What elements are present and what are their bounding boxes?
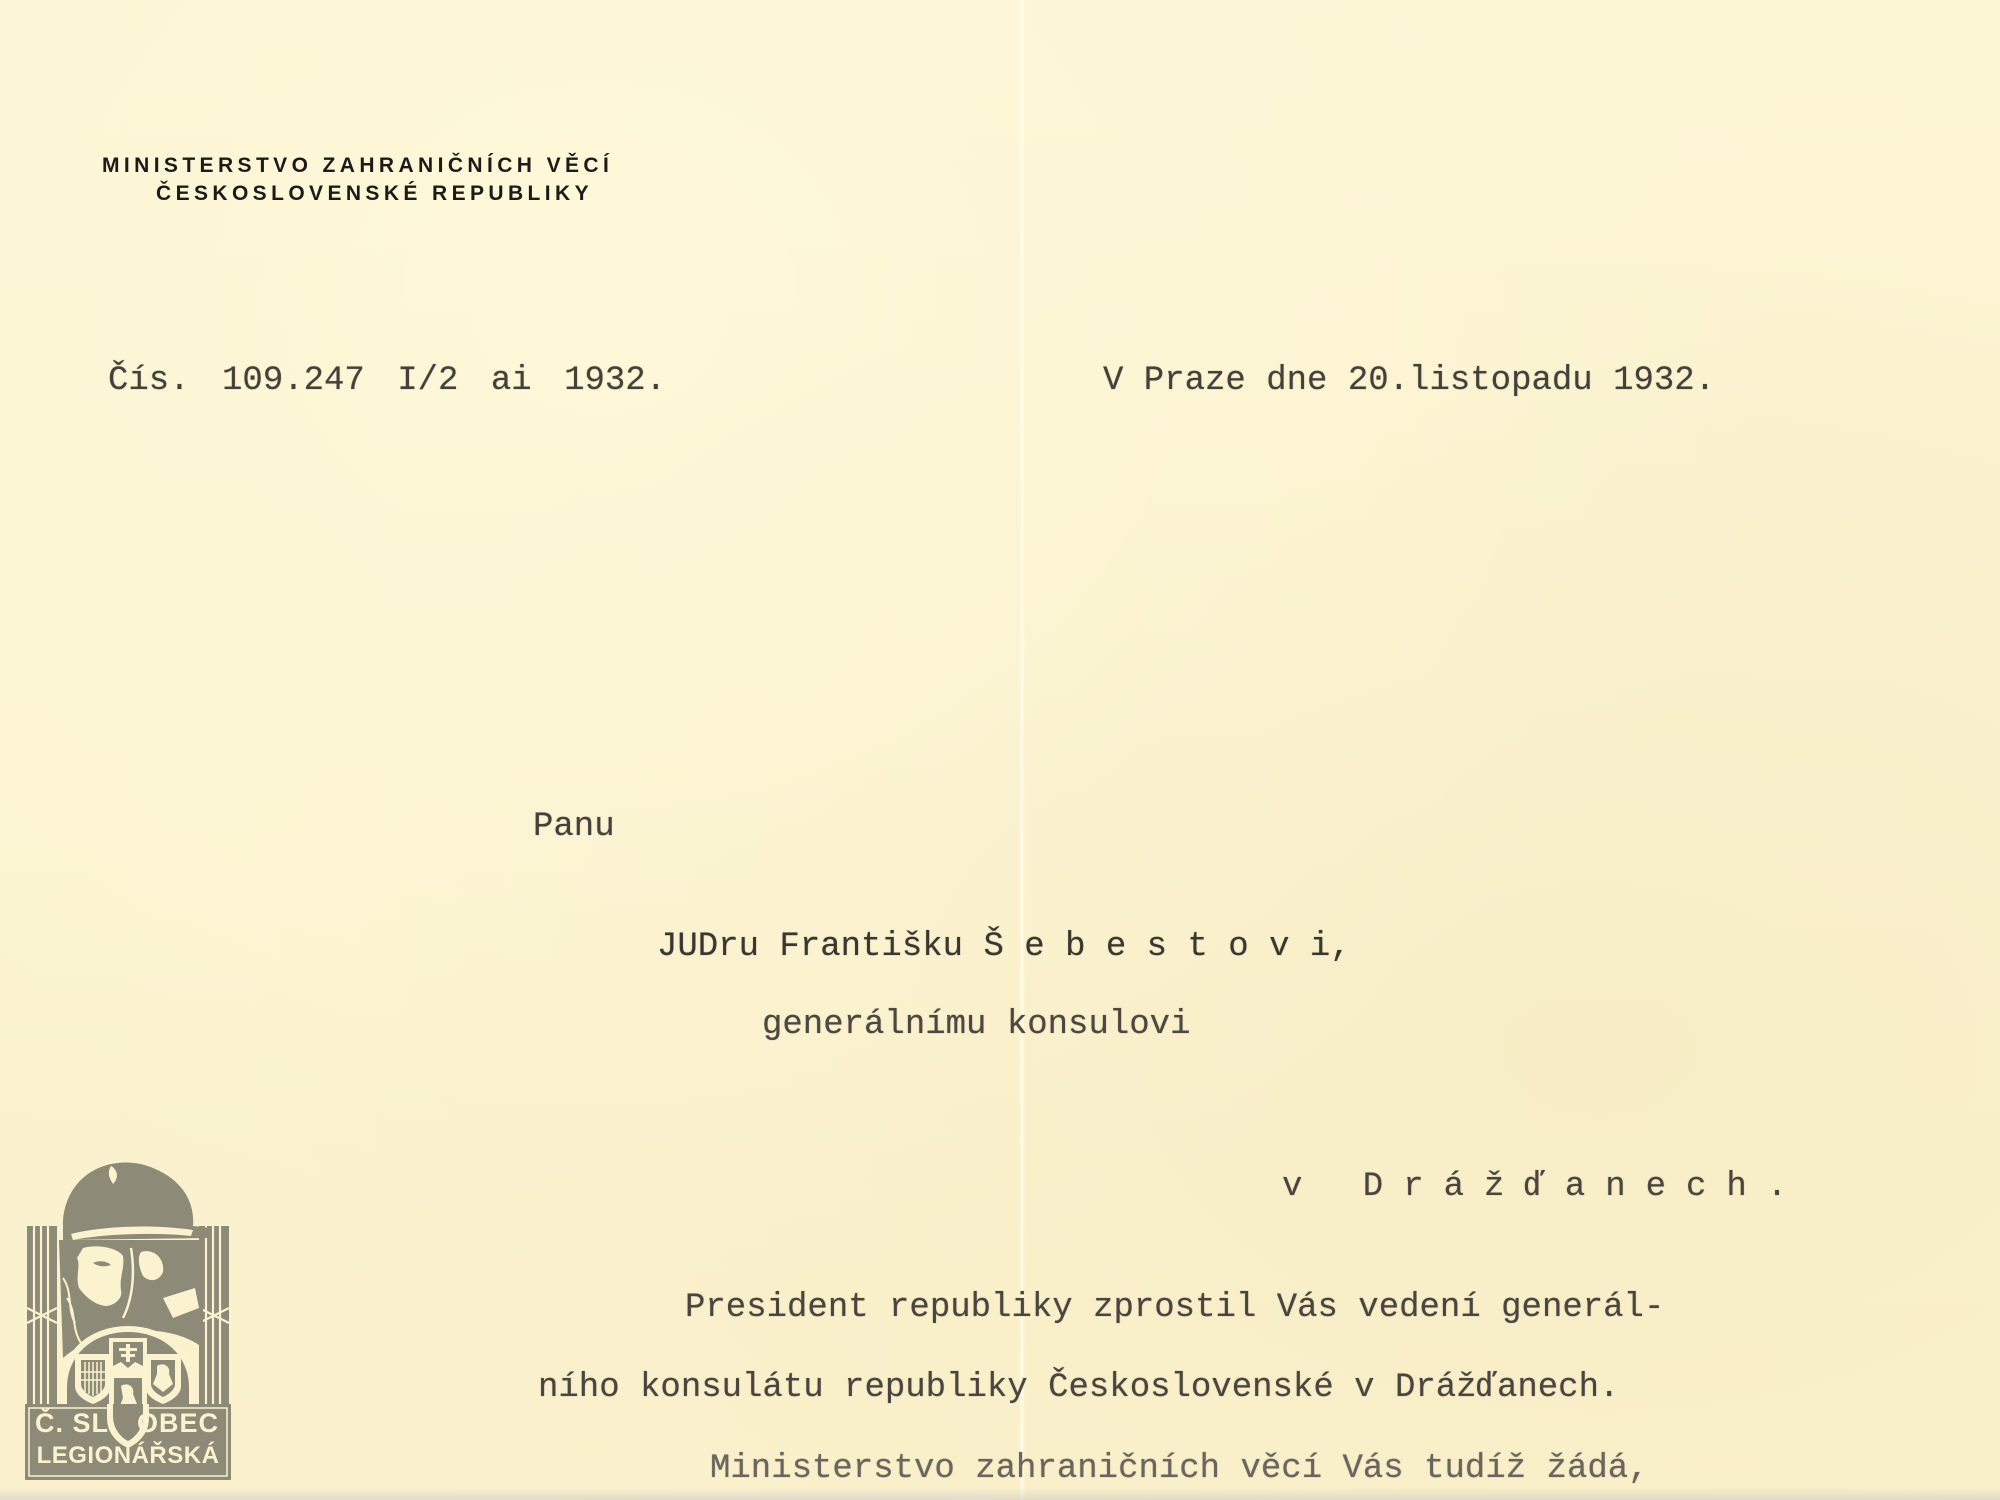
letterhead-republic: ČESKOSLOVENSKÉ REPUBLIKY bbox=[156, 183, 593, 204]
letterhead-ministry: MINISTERSTVO ZAHRANIČNÍCH VĚCÍ bbox=[102, 155, 613, 176]
body-line: President republiky zprostil Vás vedení … bbox=[685, 1291, 1664, 1325]
legionnaire-association-logo: Č. SL. OBEC LEGIONÁŘSKÁ bbox=[23, 1148, 233, 1480]
salutation: Panu bbox=[533, 810, 615, 844]
logo-text-obec: OBEC bbox=[137, 1410, 219, 1437]
addressee-name: JUDru Františku Š e b e s t o v i, bbox=[657, 930, 1351, 964]
addressee-title: generálnímu konsulovi bbox=[762, 1008, 1190, 1042]
place-and-date: V Praze dne 20.listopadu 1932. bbox=[1103, 364, 1715, 398]
page-bottom-edge bbox=[0, 1488, 2000, 1500]
paper-fold-line bbox=[1019, 0, 1025, 1500]
body-line: Ministerstvo zahraničních věcí Vás tudíž… bbox=[710, 1452, 1649, 1486]
logo-text-legionarska: LEGIONÁŘSKÁ bbox=[23, 1444, 233, 1468]
body-line: ního konsulátu republiky Československé … bbox=[538, 1371, 1619, 1405]
reference-number: Čís. 109.247 I/2 ai 1932. bbox=[108, 364, 666, 398]
addressee-city: v Drážďanech. bbox=[1282, 1170, 1807, 1204]
logo-text-csl: Č. SL. bbox=[35, 1410, 118, 1437]
